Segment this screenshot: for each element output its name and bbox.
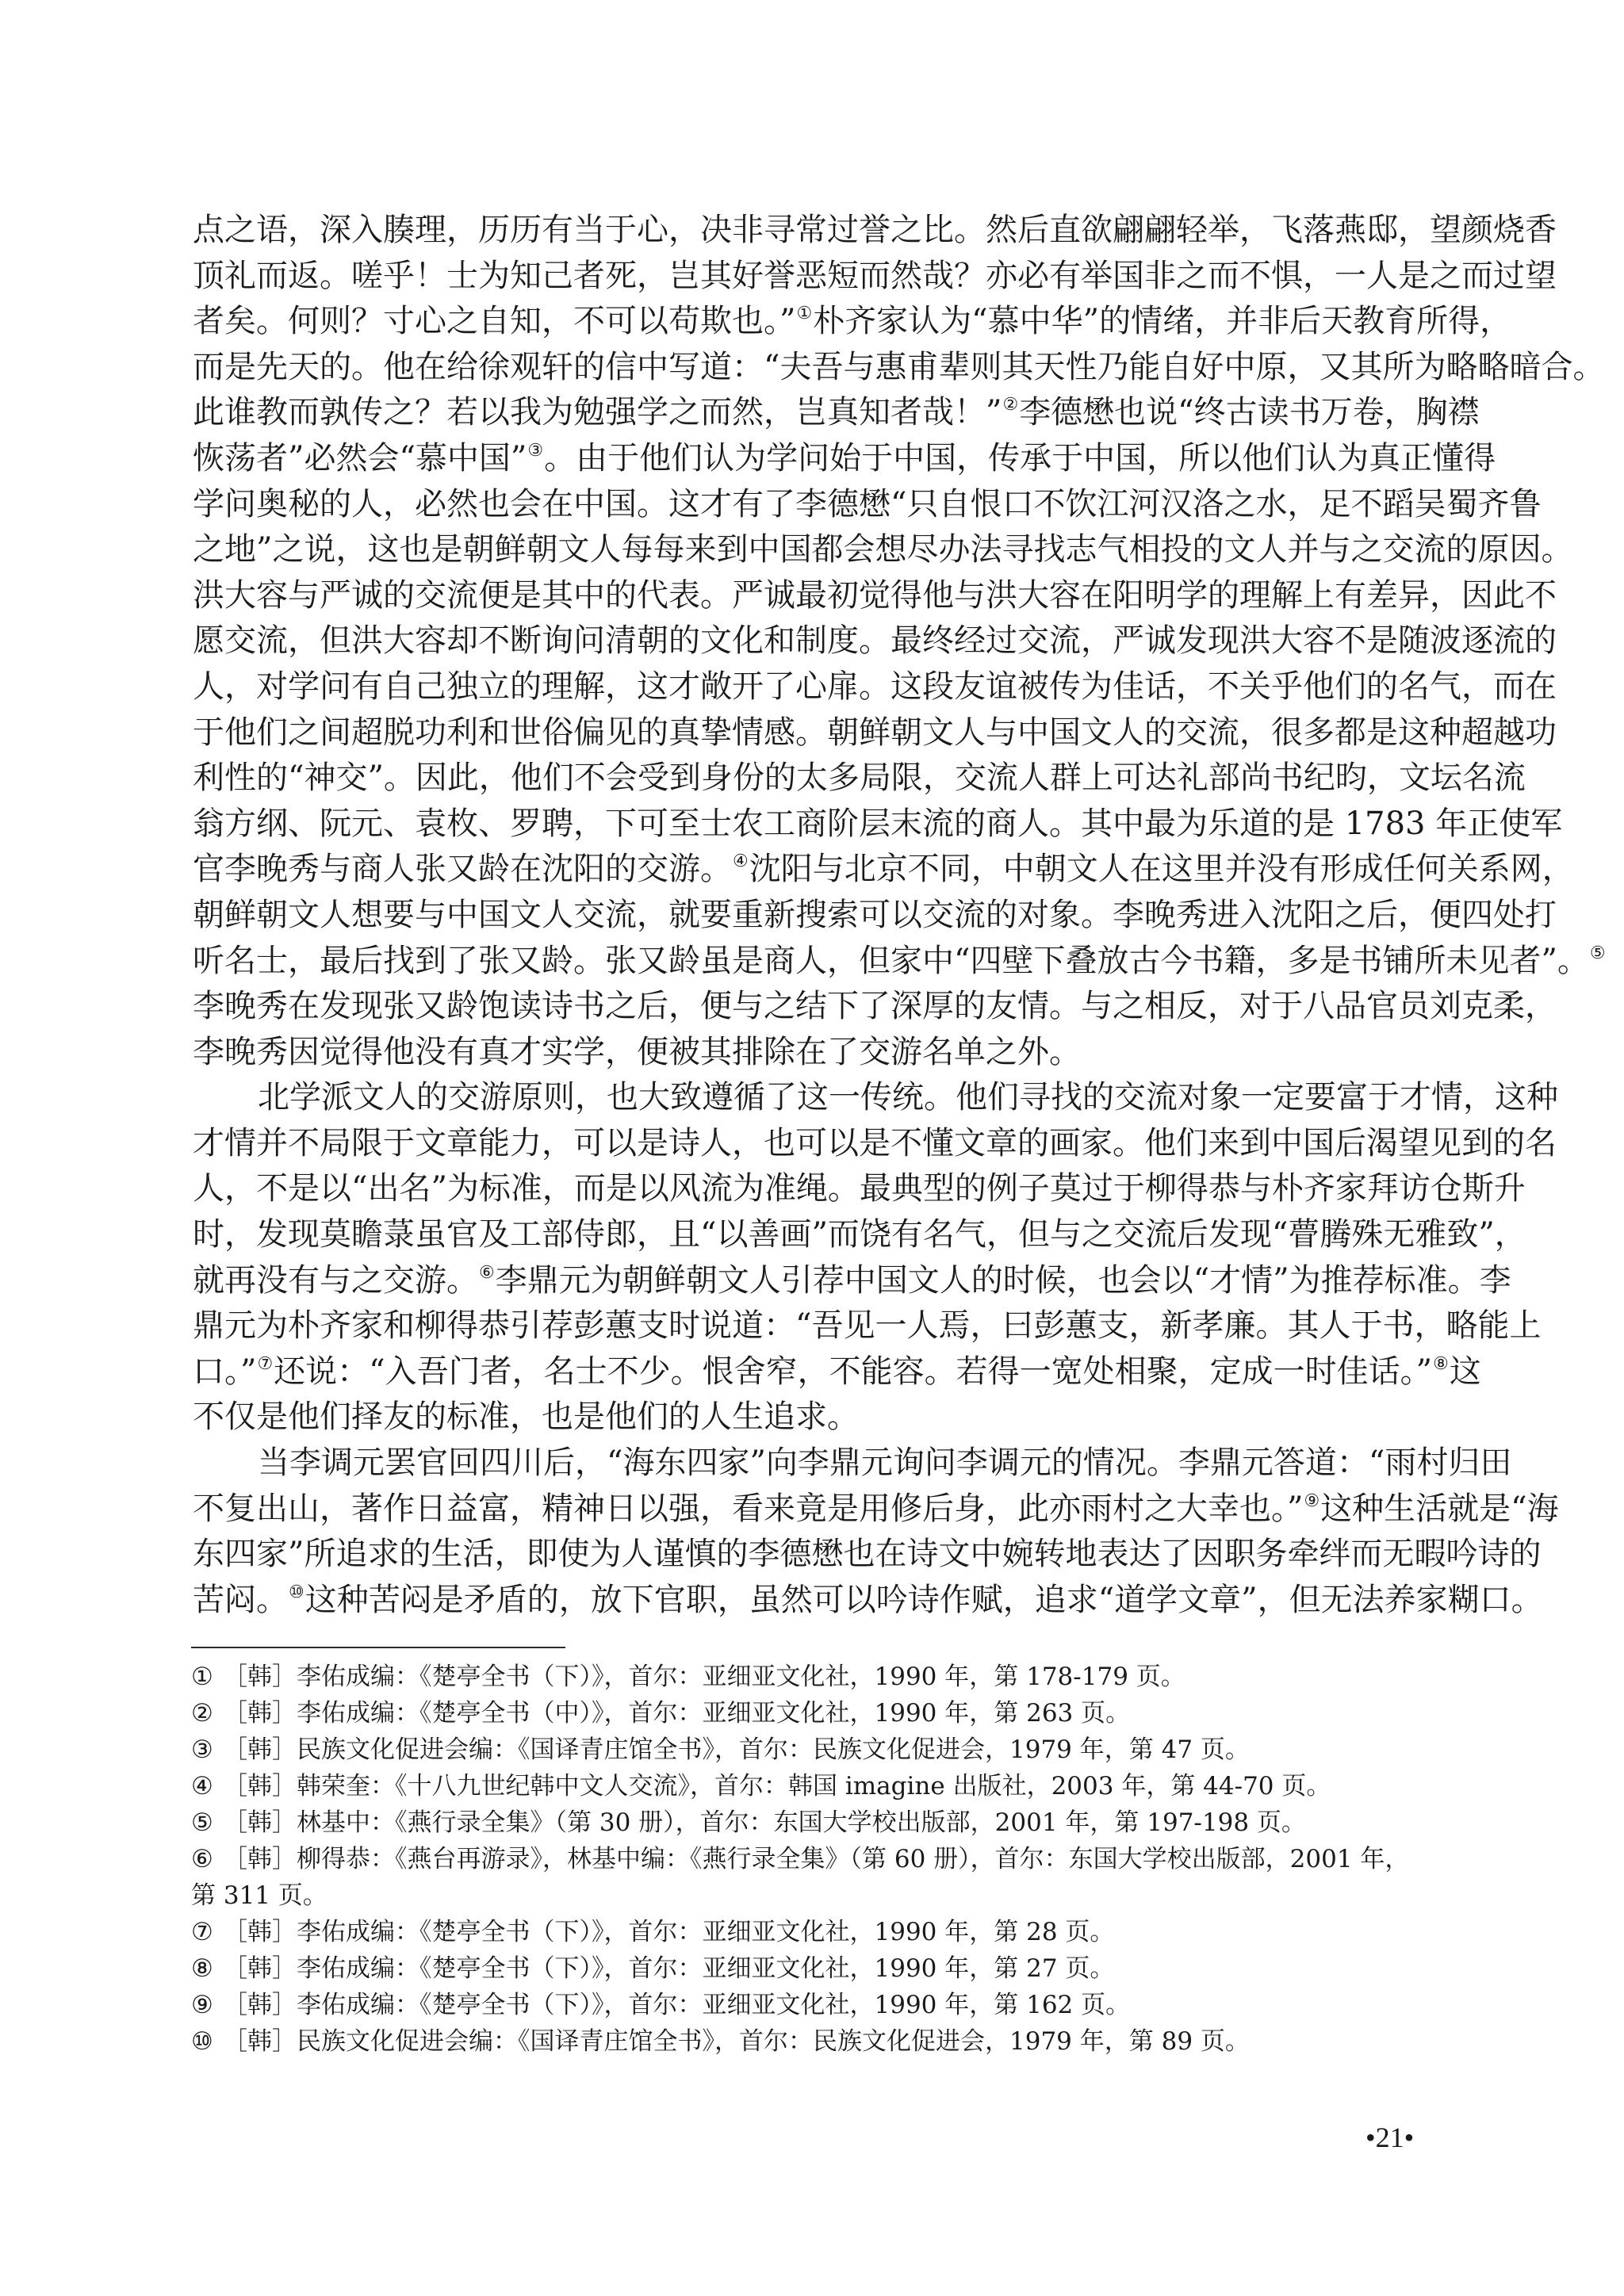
footnote-separator <box>191 1647 565 1648</box>
text-line: 不复出山，著作日益富，精神日以强，看来竟是用修后身，此亦雨村之大幸也。”⑨这种生… <box>193 1487 1430 1533</box>
text-line: 当李调元罢官回四川后，“海东四家”向李鼎元询问李调元的情况。李鼎元答道：“雨村归… <box>193 1441 1430 1487</box>
footnote-number: ① <box>191 1659 223 1695</box>
text-segment: 学问奥秘的人，必然也会在中国。这才有了李德懋“只自恨口不饮江河汉洛之水，足不蹈吴… <box>193 486 1541 522</box>
text-segment: 听名士，最后找到了张又龄。张又龄虽是商人，但家中“四壁下叠放古今书籍，多是书铺所… <box>193 943 1589 979</box>
text-segment: 李晚秀因觉得他没有真才实学，便被其排除在了交游名单之外。 <box>193 1034 1081 1070</box>
text-line: 而是先天的。他在给徐观轩的信中写道：“夫吾与惠甫辈则其天性乃能自好中原，又其所为… <box>193 345 1430 391</box>
text-line: 苦闷。⑩这种苦闷是矛盾的，放下官职，虽然可以吟诗作赋，追求“道学文章”，但无法养… <box>193 1578 1430 1624</box>
footnote-item: ④［韩］韩荣奎：《十八九世纪韩中文人交流》，首尔：韩国 imagine 出版社，… <box>191 1768 1430 1804</box>
text-line: 鼎元为朴齐家和柳得恭引荐彭蕙支时说道：“吾见一人焉，曰彭蕙支，新孝廉。其人于书，… <box>193 1303 1430 1349</box>
footnote-number: ⑩ <box>191 2023 223 2060</box>
text-segment: 者矣。何则？寸心之自知，不可以苟欺也。” <box>193 303 795 339</box>
text-line: 点之语，深入腠理，历历有当于心，决非寻常过誉之比。然后直欲翩翩轻举，飞落燕邸，望… <box>193 208 1430 254</box>
text-segment: 鼎元为朴齐家和柳得恭引荐彭蕙支时说道：“吾见一人焉，曰彭蕙支，新孝廉。其人于书，… <box>193 1307 1541 1344</box>
text-line: 李晚秀因觉得他没有真才实学，便被其排除在了交游名单之外。 <box>193 1030 1430 1076</box>
footnote-marker[interactable]: ⑩ <box>289 1582 304 1602</box>
footnote-text: ［韩］林基中：《燕行录全集》（第 30 册），首尔：东国大学校出版部，2001 … <box>223 1808 1306 1837</box>
footnote-text: ［韩］李佑成编：《楚亭全书（下）》，首尔：亚细亚文化社，1990 年，第 27 … <box>223 1954 1114 1983</box>
footnote-number: ⑤ <box>191 1804 223 1841</box>
text-segment: 官李晚秀与商人张又龄在沈阳的交游。 <box>193 851 732 887</box>
text-segment: 点之语，深入腠理，历历有当于心，决非寻常过誉之比。然后直欲翩翩轻举，飞落燕邸，望… <box>193 212 1557 248</box>
footnote-item: ⑦［韩］李佑成编：《楚亭全书（下）》，首尔：亚细亚文化社，1990 年，第 28… <box>191 1914 1430 1950</box>
text-line: 愿交流，但洪大容却不断询问清朝的文化和制度。最终经过交流，严诚发现洪大容不是随波… <box>193 618 1430 664</box>
text-segment: 这种苦闷是矛盾的，放下官职，虽然可以吟诗作赋，追求“道学文章”，但无法养家糊口。 <box>305 1582 1543 1618</box>
paragraph: 当李调元罢官回四川后，“海东四家”向李鼎元询问李调元的情况。李鼎元答道：“雨村归… <box>193 1441 1430 1623</box>
text-line: 李晚秀在发现张又龄饱读诗书之后，便与之结下了深厚的友情。与之相反，对于八品官员刘… <box>193 984 1430 1030</box>
text-line: 洪大容与严诚的交流便是其中的代表。严诚最初觉得他与洪大容在阳明学的理解上有差异，… <box>193 573 1430 619</box>
footnote-number: ③ <box>191 1732 223 1768</box>
text-line: 北学派文人的交游原则，也大致遵循了这一传统。他们寻找的交流对象一定要富于才情，这… <box>193 1075 1430 1121</box>
text-segment: 朴齐家认为“慕中华”的情绪，并非后天教育所得， <box>813 303 1511 339</box>
text-segment: 沈阳与北京不同，中朝文人在这里并没有形成任何关系网， <box>749 851 1574 887</box>
text-segment: 朝鲜朝文人想要与中国文人交流，就要重新搜索可以交流的对象。李晚秀进入沈阳之后，便… <box>193 897 1557 933</box>
footnote-continuation: 第 311 页。 <box>191 1877 1430 1914</box>
footnote-item: ⑤［韩］林基中：《燕行录全集》（第 30 册），首尔：东国大学校出版部，2001… <box>191 1804 1430 1841</box>
text-segment: 此谁教而孰传之？若以我为勉强学之而然，岂真知者哉！” <box>193 394 1002 430</box>
text-segment: 于他们之间超脱功利和世俗偏见的真挚情感。朝鲜朝文人与中国文人的交流，很多都是这种… <box>193 714 1557 751</box>
text-segment: 愿交流，但洪大容却不断询问清朝的文化和制度。最终经过交流，严诚发现洪大容不是随波… <box>193 622 1557 659</box>
text-segment: 口。” <box>193 1353 256 1390</box>
paragraph: 点之语，深入腠理，历历有当于心，决非寻常过誉之比。然后直欲翩翩轻举，飞落燕邸，望… <box>193 208 1430 1075</box>
text-line: 利性的“神交”。因此，他们不会受到身份的太多局限，交流人群上可达礼部尚书纪昀，文… <box>193 756 1430 802</box>
footnote-item: ⑩［韩］民族文化促进会编：《国译青庄馆全书》，首尔：民族文化促进会，1979 年… <box>191 2023 1430 2060</box>
text-segment: 人，对学问有自己独立的理解，这才敞开了心扉。这段友谊被传为佳话，不关乎他们的名气… <box>193 668 1557 705</box>
text-line: 之地”之说，这也是朝鲜朝文人每每来到中国都会想尽办法寻找志气相投的文人并与之交流… <box>193 527 1430 573</box>
text-segment: 还说：“入吾门者，名士不少。恨舍窄，不能容。若得一宽处相聚，定成一时佳话。” <box>274 1353 1432 1390</box>
text-segment: 翁方纲、阮元、袁枚、罗聘，下可至士农工商阶层末流的商人。其中最为乐道的是 178… <box>193 806 1562 842</box>
text-segment: 李德懋也说“终古读书万卷，胸襟 <box>1019 394 1479 430</box>
text-segment: 就再没有与之交游。 <box>193 1262 478 1299</box>
footnote-number: ④ <box>191 1768 223 1804</box>
text-segment: 时，发现莫瞻菉虽官及工部侍郎，且“以善画”而饶有名气，但与之交流后发现“瞢腾殊无… <box>193 1216 1526 1253</box>
text-segment: 才情并不局限于文章能力，可以是诗人，也可以是不懂文章的画家。他们来到中国后渴望见… <box>193 1125 1557 1161</box>
footnote-marker[interactable]: ⑤ <box>1590 943 1606 963</box>
text-line: 翁方纲、阮元、袁枚、罗聘，下可至士农工商阶层末流的商人。其中最为乐道的是 178… <box>193 802 1430 848</box>
text-segment: 当李调元罢官回四川后，“海东四家”向李鼎元询问李调元的情况。李鼎元答道：“雨村归… <box>258 1445 1511 1481</box>
text-segment: 苦闷。 <box>193 1582 288 1618</box>
footnote-text: ［韩］李佑成编：《楚亭全书（下）》，首尔：亚细亚文化社，1990 年，第 28 … <box>223 1918 1114 1946</box>
footnote-item: ⑥［韩］柳得恭：《燕台再游录》，林基中编：《燕行录全集》（第 60 册），首尔：… <box>191 1841 1430 1914</box>
body-text: 点之语，深入腠理，历历有当于心，决非寻常过誉之比。然后直欲翩翩轻举，飞落燕邸，望… <box>193 208 1430 1623</box>
footnote-marker[interactable]: ⑦ <box>257 1354 273 1374</box>
text-line: 朝鲜朝文人想要与中国文人交流，就要重新搜索可以交流的对象。李晚秀进入沈阳之后，便… <box>193 893 1430 939</box>
text-line: 才情并不局限于文章能力，可以是诗人，也可以是不懂文章的画家。他们来到中国后渴望见… <box>193 1121 1430 1167</box>
text-line: 于他们之间超脱功利和世俗偏见的真挚情感。朝鲜朝文人与中国文人的交流，很多都是这种… <box>193 710 1430 756</box>
text-line: 东四家”所追求的生活，即使为人谨慎的李德懋也在诗文中婉转地表达了因职务牵绊而无暇… <box>193 1532 1430 1578</box>
footnote-marker[interactable]: ① <box>796 304 812 323</box>
text-segment: 之地”之说，这也是朝鲜朝文人每每来到中国都会想尽办法寻找志气相投的文人并与之交流… <box>193 531 1572 568</box>
footnote-number: ⑦ <box>191 1914 223 1950</box>
text-segment: 洪大容与严诚的交流便是其中的代表。严诚最初觉得他与洪大容在阳明学的理解上有差异，… <box>193 577 1557 614</box>
footnote-text: ［韩］民族文化促进会编：《国译青庄馆全书》，首尔：民族文化促进会，1979 年，… <box>223 2027 1250 2056</box>
footnote-number: ⑨ <box>191 1987 223 2023</box>
text-segment: 而是先天的。他在给徐观轩的信中写道：“夫吾与惠甫辈则其天性乃能自好中原，又其所为… <box>193 349 1604 385</box>
text-segment: 李晚秀在发现张又龄饱读诗书之后，便与之结下了深厚的友情。与之相反，对于八品官员刘… <box>193 988 1557 1024</box>
footnote-marker[interactable]: ⑥ <box>479 1263 495 1283</box>
text-segment: 人，不是以“出名”为标准，而是以风流为准绳。最典型的例子莫过于柳得恭与朴齐家拜访… <box>193 1170 1526 1207</box>
footnote-marker[interactable]: ② <box>1002 395 1018 415</box>
text-segment: 李鼎元为朝鲜朝文人引荐中国文人的时候，也会以“才情”为推荐标准。李 <box>496 1262 1511 1299</box>
footnote-marker[interactable]: ⑧ <box>1433 1354 1449 1374</box>
text-segment: 。由于他们认为学问始于中国，传承于中国，所以他们认为真正懂得 <box>544 440 1496 476</box>
text-segment: 这种生活就是“海 <box>1320 1490 1558 1527</box>
footnote-text: ［韩］李佑成编：《楚亭全书（中）》，首尔：亚细亚文化社，1990 年，第 263… <box>223 1699 1130 1728</box>
text-line: 学问奥秘的人，必然也会在中国。这才有了李德懋“只自恨口不饮江河汉洛之水，足不蹈吴… <box>193 482 1430 528</box>
text-segment: 恢荡者”必然会“慕中国” <box>193 440 527 476</box>
footnote-marker[interactable]: ③ <box>527 441 543 461</box>
text-line: 官李晚秀与商人张又龄在沈阳的交游。④沈阳与北京不同，中朝文人在这里并没有形成任何… <box>193 847 1430 893</box>
text-segment: 不仅是他们择友的标准，也是他们的人生追求。 <box>193 1399 859 1435</box>
footnote-number: ⑥ <box>191 1841 223 1877</box>
text-line: 人，对学问有自己独立的理解，这才敞开了心扉。这段友谊被传为佳话，不关乎他们的名气… <box>193 664 1430 710</box>
footnote-marker[interactable]: ④ <box>733 851 749 871</box>
footnote-text: ［韩］李佑成编：《楚亭全书（下）》，首尔：亚细亚文化社，1990 年，第 162… <box>223 1991 1130 2019</box>
footnote-item: ⑧［韩］李佑成编：《楚亭全书（下）》，首尔：亚细亚文化社，1990 年，第 27… <box>191 1950 1430 1987</box>
footnotes: ①［韩］李佑成编：《楚亭全书（下）》，首尔：亚细亚文化社，1990 年，第 17… <box>191 1659 1430 2060</box>
text-line: 时，发现莫瞻菉虽官及工部侍郎，且“以善画”而饶有名气，但与之交流后发现“瞢腾殊无… <box>193 1212 1430 1258</box>
text-segment: 这 <box>1450 1353 1481 1390</box>
footnote-number: ② <box>191 1695 223 1732</box>
footnote-item: ⑨［韩］李佑成编：《楚亭全书（下）》，首尔：亚细亚文化社，1990 年，第 16… <box>191 1987 1430 2023</box>
text-segment: 利性的“神交”。因此，他们不会受到身份的太多局限，交流人群上可达礼部尚书纪昀，文… <box>193 760 1526 796</box>
page-number: •21• <box>1365 2121 1414 2154</box>
text-segment: 北学派文人的交游原则，也大致遵循了这一传统。他们寻找的交流对象一定要富于才情，这… <box>258 1079 1558 1115</box>
footnote-item: ①［韩］李佑成编：《楚亭全书（下）》，首尔：亚细亚文化社，1990 年，第 17… <box>191 1659 1430 1695</box>
footnote-text: ［韩］韩荣奎：《十八九世纪韩中文人交流》，首尔：韩国 imagine 出版社，2… <box>223 1772 1331 1800</box>
text-segment: 不复出山，著作日益富，精神日以强，看来竟是用修后身，此亦雨村之大幸也。” <box>193 1490 1303 1527</box>
footnote-item: ③［韩］民族文化促进会编：《国译青庄馆全书》，首尔：民族文化促进会，1979 年… <box>191 1732 1430 1768</box>
text-segment: 顶礼而返。嗟乎！士为知己者死，岂其好誉恶短而然哉？亦必有举国非之而不惧，一人是之… <box>193 258 1557 294</box>
footnote-marker[interactable]: ⑨ <box>1304 1491 1319 1511</box>
text-line: 听名士，最后找到了张又龄。张又龄虽是商人，但家中“四壁下叠放古今书籍，多是书铺所… <box>193 939 1430 985</box>
text-line: 口。”⑦还说：“入吾门者，名士不少。恨舍窄，不能容。若得一宽处相聚，定成一时佳话… <box>193 1349 1430 1395</box>
text-line: 不仅是他们择友的标准，也是他们的人生追求。 <box>193 1395 1430 1441</box>
document-page: 点之语，深入腠理，历历有当于心，决非寻常过誉之比。然后直欲翩翩轻举，飞落燕邸，望… <box>0 0 1624 2296</box>
footnote-item: ②［韩］李佑成编：《楚亭全书（中）》，首尔：亚细亚文化社，1990 年，第 26… <box>191 1695 1430 1732</box>
text-line: 此谁教而孰传之？若以我为勉强学之而然，岂真知者哉！”②李德懋也说“终古读书万卷，… <box>193 390 1430 436</box>
text-line: 顶礼而返。嗟乎！士为知己者死，岂其好誉恶短而然哉？亦必有举国非之而不惧，一人是之… <box>193 254 1430 300</box>
text-line: 就再没有与之交游。⑥李鼎元为朝鲜朝文人引荐中国文人的时候，也会以“才情”为推荐标… <box>193 1258 1430 1304</box>
footnote-text: ［韩］民族文化促进会编：《国译青庄馆全书》，首尔：民族文化促进会，1979 年，… <box>223 1735 1250 1764</box>
text-line: 者矣。何则？寸心之自知，不可以苟欺也。”①朴齐家认为“慕中华”的情绪，并非后天教… <box>193 299 1430 345</box>
text-line: 恢荡者”必然会“慕中国”③。由于他们认为学问始于中国，传承于中国，所以他们认为真… <box>193 436 1430 482</box>
footnote-number: ⑧ <box>191 1950 223 1987</box>
text-line: 人，不是以“出名”为标准，而是以风流为准绳。最典型的例子莫过于柳得恭与朴齐家拜访… <box>193 1166 1430 1212</box>
footnote-text: ［韩］李佑成编：《楚亭全书（下）》，首尔：亚细亚文化社，1990 年，第 178… <box>223 1663 1185 1691</box>
footnote-text: ［韩］柳得恭：《燕台再游录》，林基中编：《燕行录全集》（第 60 册），首尔：东… <box>223 1845 1409 1873</box>
text-segment: 东四家”所追求的生活，即使为人谨慎的李德懋也在诗文中婉转地表达了因职务牵绊而无暇… <box>193 1536 1541 1572</box>
paragraph: 北学派文人的交游原则，也大致遵循了这一传统。他们寻找的交流对象一定要富于才情，这… <box>193 1075 1430 1441</box>
